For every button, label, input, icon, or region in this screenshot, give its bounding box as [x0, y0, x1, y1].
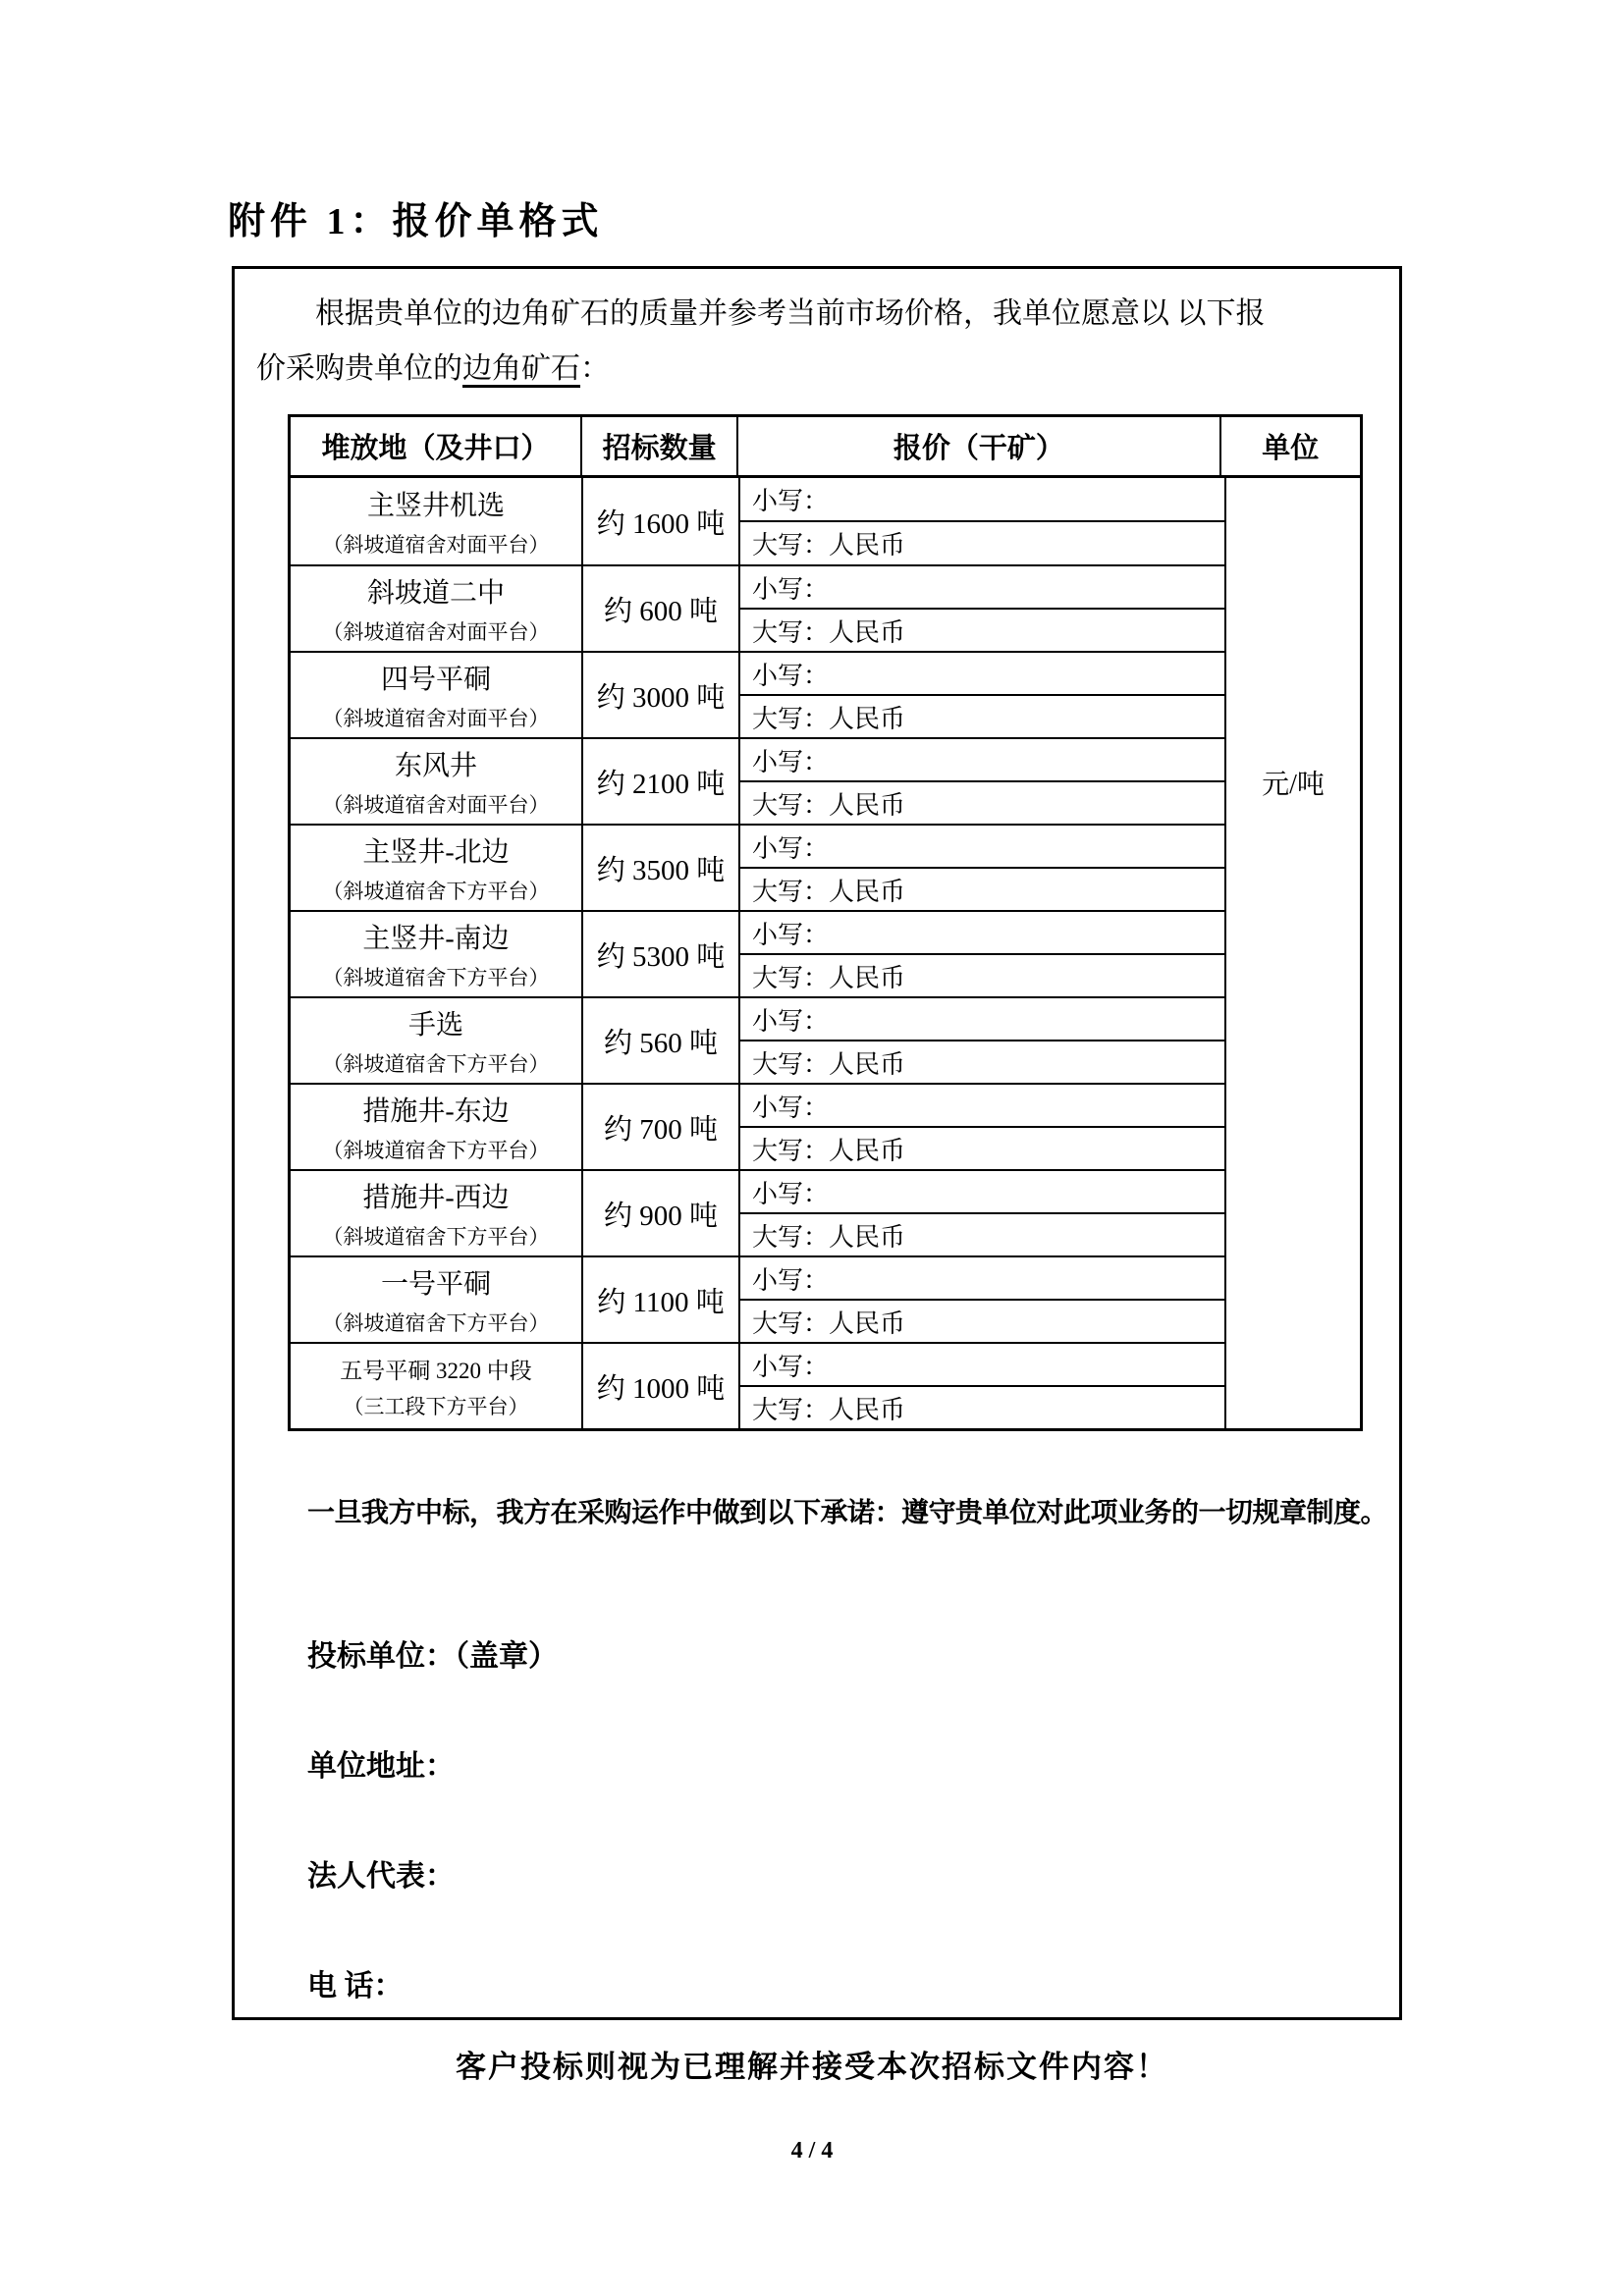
table-row: 东风井 （斜坡道宿舍对面平台） 约 2100 吨 小写： 大写：人民币 — [291, 737, 1224, 824]
header-stockpile: 堆放地（及井口） — [291, 417, 582, 475]
price-cell: 小写： 大写：人民币 — [740, 912, 1224, 996]
stockpile-cell: 四号平硐 （斜坡道宿舍对面平台） — [291, 653, 583, 737]
table-body: 主竖井机选 （斜坡道宿舍对面平台） 约 1600 吨 小写： 大写：人民币 斜坡… — [291, 478, 1360, 1428]
price-cell: 小写： 大写：人民币 — [740, 739, 1224, 824]
stockpile-name: 四号平硐 — [381, 658, 491, 697]
table-row: 措施井-东边 （斜坡道宿舍下方平台） 约 700 吨 小写： 大写：人民币 — [291, 1083, 1224, 1169]
stockpile-platform-note: （斜坡道宿舍下方平台） — [323, 962, 550, 991]
table-row: 主竖井-北边 （斜坡道宿舍下方平台） 约 3500 吨 小写： 大写：人民币 — [291, 824, 1224, 910]
quotation-table: 堆放地（及井口） 招标数量 报价（干矿） 单位 主竖井机选 （斜坡道宿舍对面平台… — [288, 414, 1363, 1431]
legal-rep-field: 法人代表： — [307, 1857, 1399, 1896]
price-words-label: 大写：人民币 — [740, 1041, 1224, 1083]
stockpile-cell: 斜坡道二中 （斜坡道宿舍对面平台） — [291, 566, 583, 651]
price-words-label: 大写：人民币 — [740, 1387, 1224, 1428]
stockpile-name: 措施井-东边 — [362, 1090, 509, 1129]
price-words-label: 大写：人民币 — [740, 1214, 1224, 1255]
price-words-label: 大写：人民币 — [740, 782, 1224, 824]
intro-line-2-suffix: ： — [580, 352, 610, 385]
stockpile-name: 一号平硐 — [381, 1262, 491, 1302]
tender-quantity: 约 1100 吨 — [583, 1257, 740, 1342]
price-words-label: 大写：人民币 — [740, 1301, 1224, 1342]
price-cell: 小写： 大写：人民币 — [740, 566, 1224, 651]
stockpile-cell: 手选 （斜坡道宿舍下方平台） — [291, 998, 583, 1083]
table-header-row: 堆放地（及井口） 招标数量 报价（干矿） 单位 — [291, 417, 1360, 478]
stockpile-platform-note: （斜坡道宿舍对面平台） — [323, 703, 550, 732]
tender-quantity: 约 700 吨 — [583, 1085, 740, 1169]
price-numerals-label: 小写： — [740, 1085, 1224, 1128]
page-title: 附件 1：报价单格式 — [228, 190, 604, 244]
price-numerals-label: 小写： — [740, 826, 1224, 869]
tender-quantity: 约 560 吨 — [583, 998, 740, 1083]
tender-quantity: 约 1600 吨 — [583, 478, 740, 564]
stockpile-name: 五号平硐 3220 中段 — [340, 1353, 532, 1385]
price-words-label: 大写：人民币 — [740, 955, 1224, 996]
stockpile-platform-note: （斜坡道宿舍下方平台） — [323, 876, 550, 905]
intro-line-1: 根据贵单位的边角矿石的质量并参考当前市场价格，我单位愿意以 以下报 — [256, 287, 1376, 342]
stockpile-name: 措施井-西边 — [362, 1176, 509, 1215]
quotation-form-box: 根据贵单位的边角矿石的质量并参考当前市场价格，我单位愿意以 以下报 价采购贵单位… — [232, 266, 1402, 2020]
stockpile-name: 主竖井机选 — [367, 484, 505, 523]
commitment-paragraph: 一旦我方中标，我方在采购运作中做到以下承诺：遵守贵单位对此项业务的一切规章制度。 — [235, 1494, 1399, 1533]
price-cell: 小写： 大写：人民币 — [740, 826, 1224, 910]
price-numerals-label: 小写： — [740, 998, 1224, 1041]
company-address-field: 单位地址： — [307, 1747, 1399, 1787]
stockpile-cell: 措施井-东边 （斜坡道宿舍下方平台） — [291, 1085, 583, 1169]
tender-quantity: 约 600 吨 — [583, 566, 740, 651]
tender-quantity: 约 3000 吨 — [583, 653, 740, 737]
price-numerals-label: 小写： — [740, 1257, 1224, 1301]
intro-line-2-prefix: 价采购贵单位的 — [256, 352, 462, 385]
price-cell: 小写： 大写：人民币 — [740, 1171, 1224, 1255]
stockpile-name: 手选 — [408, 1003, 463, 1042]
stockpile-platform-note: （斜坡道宿舍下方平台） — [323, 1221, 550, 1251]
table-row: 斜坡道二中 （斜坡道宿舍对面平台） 约 600 吨 小写： 大写：人民币 — [291, 564, 1224, 651]
header-price: 报价（干矿） — [738, 417, 1220, 475]
stockpile-name: 主竖井-北边 — [362, 830, 509, 870]
table-row: 措施井-西边 （斜坡道宿舍下方平台） 约 900 吨 小写： 大写：人民币 — [291, 1169, 1224, 1255]
table-row: 主竖井-南边 （斜坡道宿舍下方平台） 约 5300 吨 小写： 大写：人民币 — [291, 910, 1224, 996]
price-numerals-label: 小写： — [740, 739, 1224, 782]
tender-quantity: 约 5300 吨 — [583, 912, 740, 996]
price-numerals-label: 小写： — [740, 912, 1224, 955]
price-words-label: 大写：人民币 — [740, 522, 1224, 564]
tender-quantity: 约 2100 吨 — [583, 739, 740, 824]
stockpile-platform-note: （斜坡道宿舍对面平台） — [323, 789, 550, 819]
price-numerals-label: 小写： — [740, 478, 1224, 522]
price-cell: 小写： 大写：人民币 — [740, 1344, 1224, 1428]
price-cell: 小写： 大写：人民币 — [740, 1257, 1224, 1342]
page-number: 4 / 4 — [0, 2138, 1624, 2164]
stockpile-cell: 东风井 （斜坡道宿舍对面平台） — [291, 739, 583, 824]
stockpile-cell: 主竖井-南边 （斜坡道宿舍下方平台） — [291, 912, 583, 996]
stockpile-platform-note: （斜坡道宿舍对面平台） — [323, 529, 550, 559]
stockpile-platform-note: （斜坡道宿舍对面平台） — [323, 616, 550, 646]
bidder-name-field: 投标单位：（盖章） — [307, 1637, 1399, 1677]
price-words-label: 大写：人民币 — [740, 696, 1224, 737]
price-cell: 小写： 大写：人民币 — [740, 478, 1224, 564]
tender-quantity: 约 3500 吨 — [583, 826, 740, 910]
table-row: 五号平硐 3220 中段 （三工段下方平台） 约 1000 吨 小写： 大写：人… — [291, 1342, 1224, 1428]
stockpile-platform-note: （斜坡道宿舍下方平台） — [323, 1308, 550, 1337]
table-row: 四号平硐 （斜坡道宿舍对面平台） 约 3000 吨 小写： 大写：人民币 — [291, 651, 1224, 737]
price-words-label: 大写：人民币 — [740, 610, 1224, 651]
intro-paragraph: 根据贵单位的边角矿石的质量并参考当前市场价格，我单位愿意以 以下报 价采购贵单位… — [256, 287, 1376, 397]
unit-value: 元/吨 — [1226, 763, 1360, 802]
footer-note: 客户投标则视为已理解并接受本次招标文件内容！ — [0, 2042, 1624, 2086]
stockpile-name: 斜坡道二中 — [367, 571, 505, 611]
header-unit: 单位 — [1221, 417, 1360, 475]
stockpile-name: 主竖井-南边 — [362, 917, 509, 956]
stockpile-cell: 主竖井-北边 （斜坡道宿舍下方平台） — [291, 826, 583, 910]
tender-quantity: 约 900 吨 — [583, 1171, 740, 1255]
stockpile-platform-note: （斜坡道宿舍下方平台） — [323, 1135, 550, 1164]
price-cell: 小写： 大写：人民币 — [740, 653, 1224, 737]
stockpile-platform-note: （斜坡道宿舍下方平台） — [323, 1048, 550, 1078]
table-row: 一号平硐 （斜坡道宿舍下方平台） 约 1100 吨 小写： 大写：人民币 — [291, 1255, 1224, 1342]
unit-merged-cell: 元/吨 — [1224, 478, 1360, 1428]
price-words-label: 大写：人民币 — [740, 1128, 1224, 1169]
stockpile-cell: 主竖井机选 （斜坡道宿舍对面平台） — [291, 478, 583, 564]
price-numerals-label: 小写： — [740, 1344, 1224, 1387]
table-row: 手选 （斜坡道宿舍下方平台） 约 560 吨 小写： 大写：人民币 — [291, 996, 1224, 1083]
document-page: 附件 1：报价单格式 根据贵单位的边角矿石的质量并参考当前市场价格，我单位愿意以… — [0, 0, 1624, 2296]
price-numerals-label: 小写： — [740, 1171, 1224, 1214]
stockpile-cell: 措施井-西边 （斜坡道宿舍下方平台） — [291, 1171, 583, 1255]
table-body-left: 主竖井机选 （斜坡道宿舍对面平台） 约 1600 吨 小写： 大写：人民币 斜坡… — [291, 478, 1224, 1428]
tender-quantity: 约 1000 吨 — [583, 1344, 740, 1428]
stockpile-cell: 五号平硐 3220 中段 （三工段下方平台） — [291, 1344, 583, 1428]
table-row: 主竖井机选 （斜坡道宿舍对面平台） 约 1600 吨 小写： 大写：人民币 — [291, 478, 1224, 564]
stockpile-name: 东风井 — [395, 744, 477, 783]
price-numerals-label: 小写： — [740, 566, 1224, 610]
intro-line-2: 价采购贵单位的边角矿石： — [256, 352, 610, 385]
price-numerals-label: 小写： — [740, 653, 1224, 696]
price-words-label: 大写：人民币 — [740, 869, 1224, 910]
phone-field: 电 话： — [307, 1967, 1399, 2006]
intro-underlined-term: 边角矿石 — [462, 352, 580, 385]
header-quantity: 招标数量 — [582, 417, 738, 475]
price-cell: 小写： 大写：人民币 — [740, 998, 1224, 1083]
stockpile-platform-note: （三工段下方平台） — [344, 1391, 529, 1420]
stockpile-cell: 一号平硐 （斜坡道宿舍下方平台） — [291, 1257, 583, 1342]
price-cell: 小写： 大写：人民币 — [740, 1085, 1224, 1169]
